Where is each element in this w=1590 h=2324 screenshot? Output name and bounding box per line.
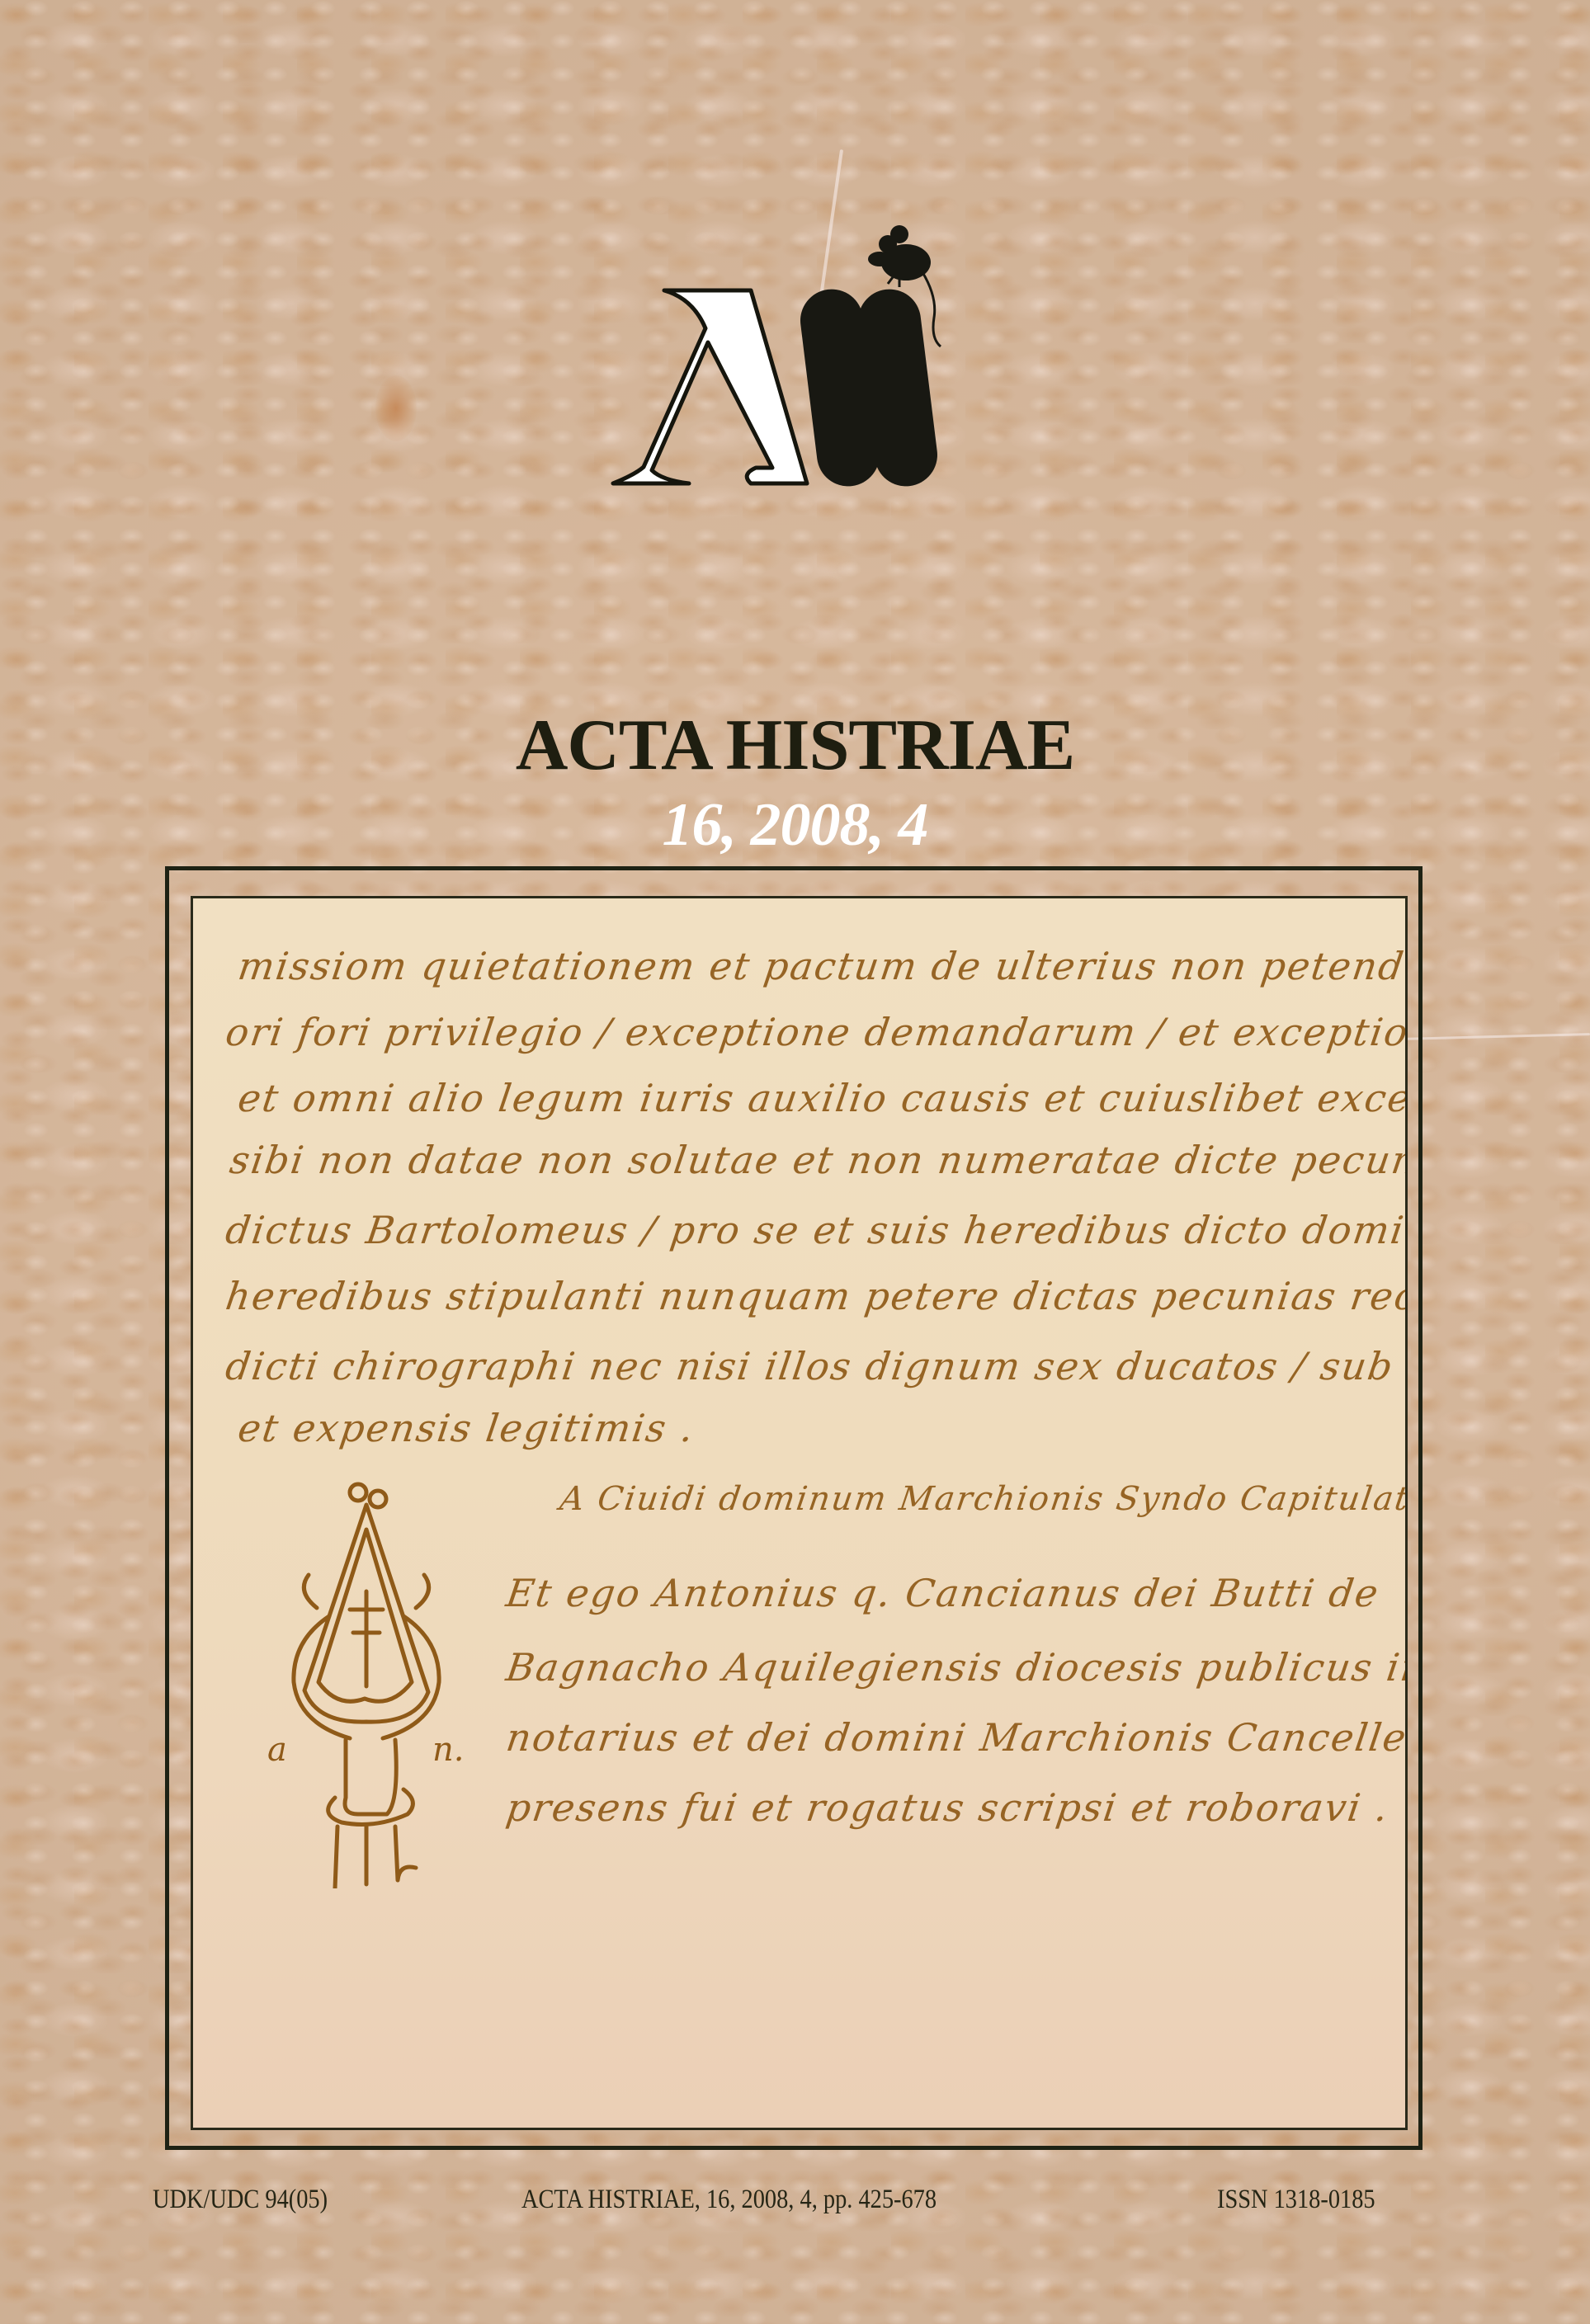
notary-signum-icon: a n.: [259, 1476, 474, 1888]
manuscript-line: ori fori privilegio / exceptione demanda…: [223, 1010, 1408, 1054]
manuscript-line: sibi non datae non solutae et non numera…: [227, 1138, 1408, 1182]
manuscript-line: dictus Bartolomeus / pro se et suis here…: [223, 1208, 1408, 1252]
paper-crease: [1403, 1033, 1590, 1040]
citation: ACTA HISTRIAE, 16, 2008, 4, pp. 425-678: [521, 2185, 937, 2215]
manuscript-line: notarius et dei domini Marchionis Cancel…: [503, 1715, 1408, 1760]
svg-text:a: a: [267, 1731, 287, 1769]
journal-title: ACTA HISTRIAE: [0, 709, 1590, 782]
manuscript-line: presens fui et rogatus scripsi et robora…: [503, 1785, 1392, 1830]
manuscript-image: missiom quietationem et pactum de ulteri…: [191, 896, 1408, 2130]
manuscript-line: A Ciuidi dominum Marchionis Syndo Capitu…: [558, 1480, 1408, 1518]
manuscript-line: dicti chirographi nec nisi illos dignum …: [223, 1344, 1408, 1388]
issue-number: 16, 2008, 4: [0, 794, 1590, 856]
manuscript-line: et expensis legitimis .: [235, 1406, 697, 1450]
manuscript-text: missiom quietationem et pactum de ulteri…: [193, 898, 1405, 2128]
manuscript-line: heredibus stipulanti nunquam petere dict…: [223, 1274, 1408, 1318]
manuscript-line: missiom quietationem et pactum de ulteri…: [235, 944, 1408, 988]
manuscript-line: Et ego Antonius q. Cancianus dei Butti d…: [503, 1571, 1382, 1615]
svg-text:n.: n.: [432, 1731, 464, 1769]
issn: ISSN 1318-0185: [1217, 2185, 1375, 2215]
acta-histriae-logo-icon: [611, 223, 1007, 495]
udc-code: UDK/UDC 94(05): [153, 2185, 328, 2215]
paper-stain: [375, 375, 417, 441]
manuscript-line: Bagnacho Aquilegiensis diocesis publicus…: [503, 1645, 1408, 1690]
manuscript-line: et omni alio legum iuris auxilio causis …: [235, 1076, 1408, 1120]
